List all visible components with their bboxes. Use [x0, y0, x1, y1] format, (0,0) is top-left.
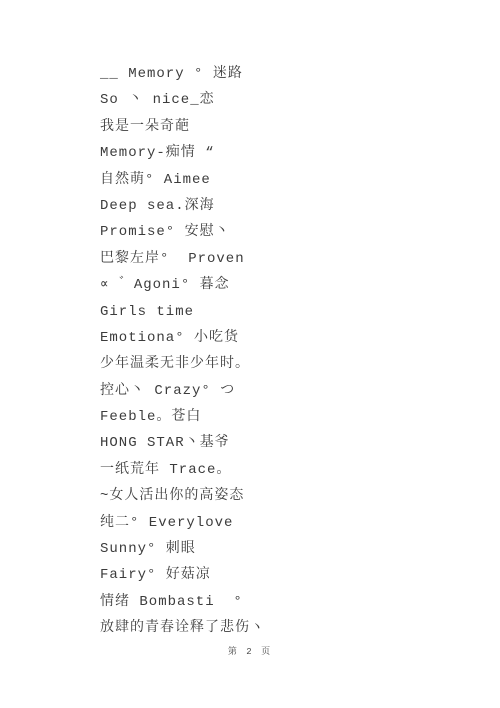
list-item: 少年温柔无非少年时。: [100, 351, 490, 377]
document-page: __ Memory ° 迷路So 丶 nice_恋我是一朵奇葩Memory-痴情…: [0, 0, 500, 708]
nickname-list: __ Memory ° 迷路So 丶 nice_恋我是一朵奇葩Memory-痴情…: [100, 61, 490, 642]
list-item: 我是一朵奇葩: [100, 114, 490, 140]
list-item: Deep sea.深海: [100, 193, 490, 219]
list-item: 纯二° Everylove: [100, 510, 490, 536]
list-item: HONG STAR丶基爷: [100, 430, 490, 456]
list-item: Memory-痴情 “: [100, 140, 490, 166]
list-item: ∝ ゛Agoni° 暮念: [100, 272, 490, 298]
list-item: So 丶 nice_恋: [100, 87, 490, 113]
list-item: Fairy° 好菇凉: [100, 562, 490, 588]
list-item: 控心丶 Crazy° つ: [100, 378, 490, 404]
list-item: Feeble。苍白: [100, 404, 490, 430]
list-item: 一纸荒年 Trace。: [100, 457, 490, 483]
list-item: ~女人活出你的高姿态: [100, 483, 490, 509]
page-number: 第 2 页: [0, 644, 500, 657]
list-item: Sunny° 刺眼: [100, 536, 490, 562]
list-item: Emotiona° 小吃货: [100, 325, 490, 351]
list-item: 情绪 Bombasti °: [100, 589, 490, 615]
list-item: 巴黎左岸° Proven: [100, 246, 490, 272]
list-item: 放肆的青春诠释了悲伤ヽ: [100, 615, 490, 641]
list-item: Promise° 安慰丶: [100, 219, 490, 245]
list-item: __ Memory ° 迷路: [100, 61, 490, 87]
list-item: 自然萌° Aimee: [100, 167, 490, 193]
list-item: Girls time: [100, 299, 490, 325]
